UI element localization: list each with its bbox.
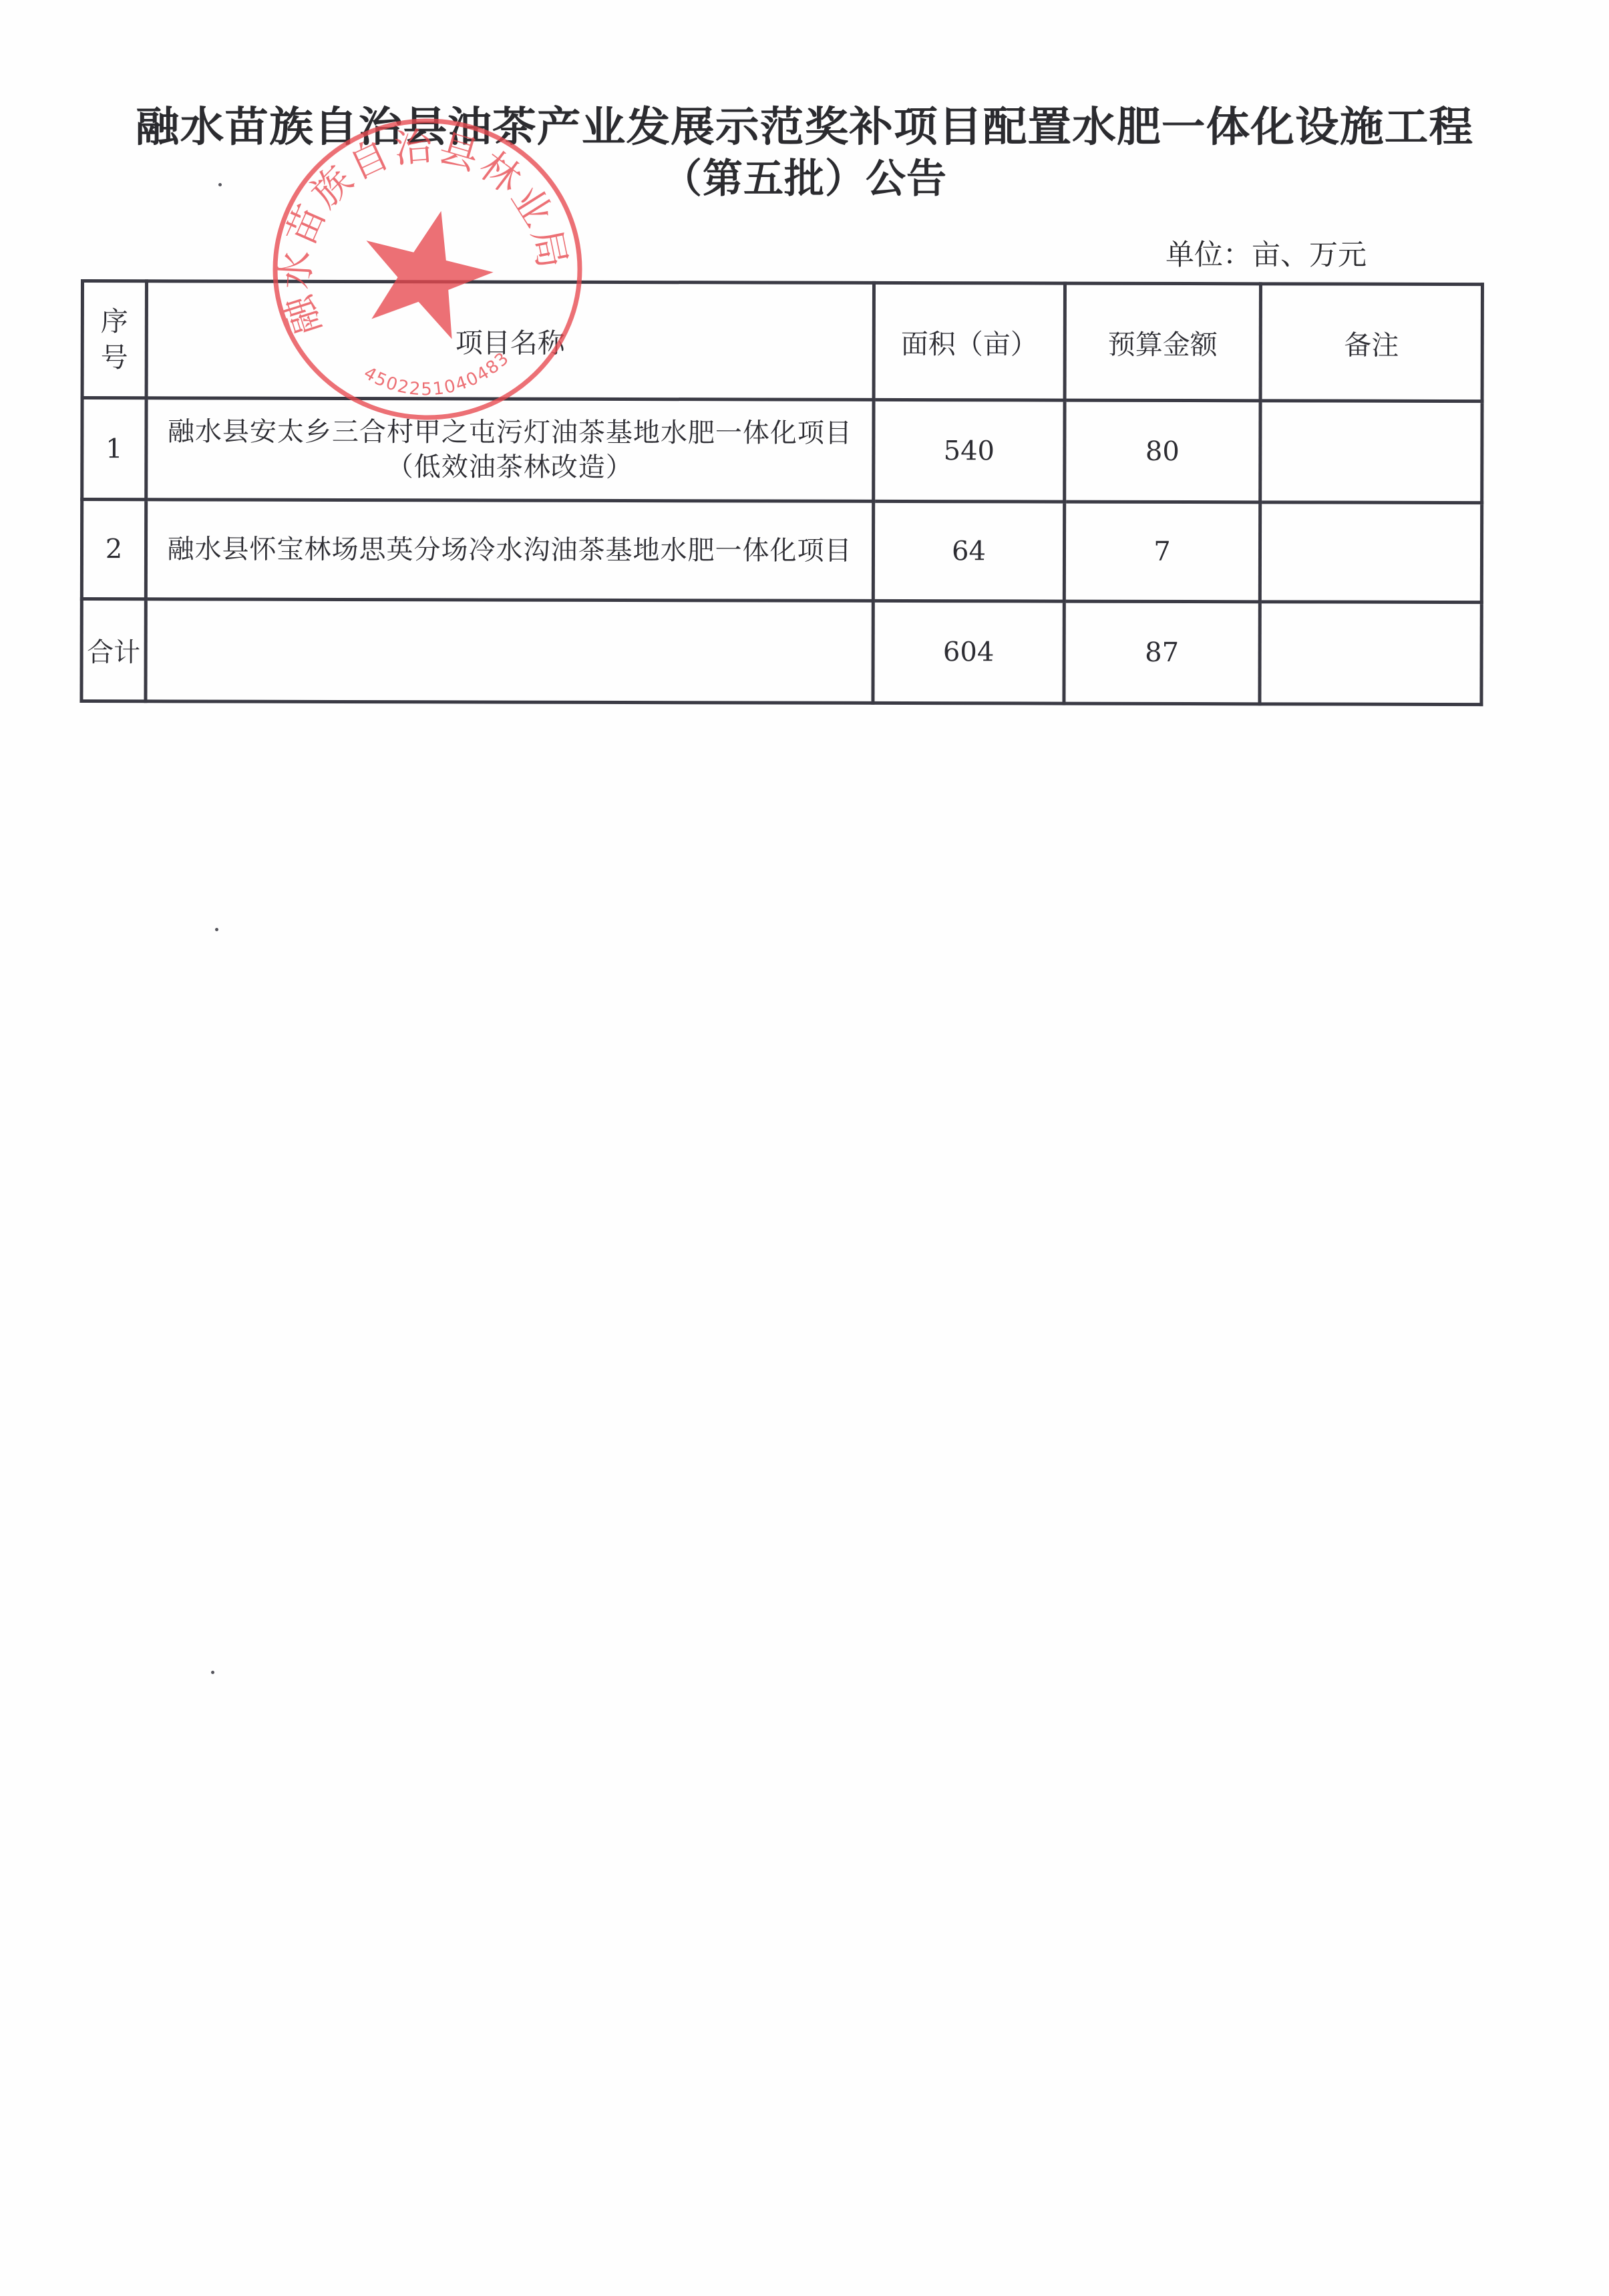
- header-remark: 备注: [1260, 284, 1482, 401]
- header-seq-line2: 号: [101, 341, 128, 373]
- cell-budget: 80: [1065, 400, 1260, 502]
- unit-label: 单位：亩、万元: [1166, 235, 1367, 275]
- cell-area: 540: [874, 399, 1065, 502]
- cell-total-remark: [1260, 602, 1481, 705]
- project-table: 序 号 项目名称 面积（亩） 预算金额 备注 1 融水县安太乡三合村甲之屯污灯油…: [79, 279, 1484, 706]
- table-header-row: 序 号 项目名称 面积（亩） 预算金额 备注: [82, 281, 1482, 401]
- cell-remark: [1260, 502, 1481, 603]
- cell-name-line1: 融水县安太乡三合村甲之屯污灯油茶基地水肥一体化项目: [168, 416, 852, 449]
- scan-speck: [211, 1671, 214, 1674]
- table-row: 1 融水县安太乡三合村甲之屯污灯油茶基地水肥一体化项目 （低效油茶林改造） 54…: [82, 398, 1482, 503]
- cell-area: 64: [873, 501, 1064, 601]
- header-area: 面积（亩）: [874, 283, 1065, 400]
- table-row: 2 融水县怀宝林场思英分场冷水沟油茶基地水肥一体化项目 64 7: [81, 500, 1481, 603]
- cell-remark: [1260, 401, 1482, 503]
- scan-speck: [215, 928, 218, 931]
- cell-name: 融水县怀宝林场思英分场冷水沟油茶基地水肥一体化项目: [146, 500, 873, 601]
- document-title: 融水苗族自治县油茶产业发展示范奖补项目配置水肥一体化设施工程: [0, 100, 1609, 154]
- cell-seq: 1: [82, 398, 146, 500]
- document-subtitle: （第五批）公告: [0, 152, 1609, 206]
- cell-total-name: [146, 599, 873, 703]
- header-seq-line1: 序: [101, 305, 128, 337]
- cell-total-area: 604: [873, 601, 1064, 703]
- cell-name-line1: 融水县怀宝林场思英分场冷水沟油茶基地水肥一体化项目: [167, 534, 852, 566]
- cell-seq: 2: [81, 500, 146, 599]
- cell-total-budget: 87: [1064, 601, 1260, 704]
- header-seq: 序 号: [82, 281, 146, 398]
- header-name: 项目名称: [146, 281, 874, 400]
- cell-name-line2: （低效油茶林改造）: [387, 452, 633, 483]
- cell-budget: 7: [1064, 502, 1260, 602]
- document-page: 融水苗族自治县油茶产业发展示范奖补项目配置水肥一体化设施工程 （第五批）公告 单…: [0, 0, 1609, 2296]
- table-total-row: 合计 604 87: [81, 599, 1481, 705]
- cell-name: 融水县安太乡三合村甲之屯污灯油茶基地水肥一体化项目 （低效油茶林改造）: [146, 398, 874, 502]
- cell-total-label: 合计: [81, 599, 146, 701]
- header-budget: 预算金额: [1065, 283, 1260, 401]
